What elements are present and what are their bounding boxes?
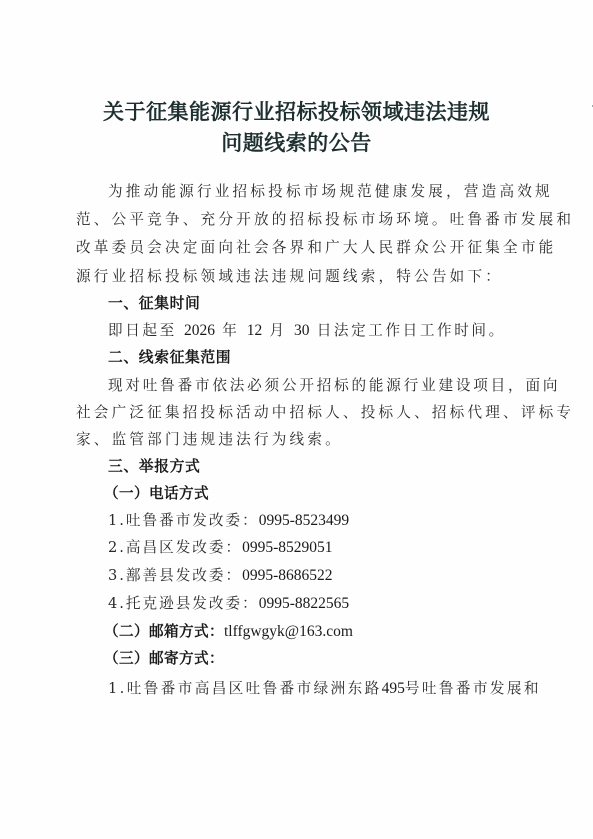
phone-number: 0995-8686522 xyxy=(242,567,332,584)
mail-address-number: 495 xyxy=(382,680,405,697)
phone-label: 2.高昌区发改委： xyxy=(108,539,242,556)
date-suffix: 日法定工作日工作时间。 xyxy=(317,322,506,339)
date-day: 30 xyxy=(294,322,310,339)
intro-paragraph-line-2: 范、公平竞争、充分开放的招标投标市场环境。吐鲁番市发展和 xyxy=(76,210,574,230)
scope-paragraph-line-2: 社会广泛征集招投标活动中招标人、投标人、招标代理、评标专 xyxy=(76,403,574,423)
email-address[interactable]: tlffgwgyk@163.com xyxy=(224,623,353,640)
scope-paragraph-line-3: 家、监管部门违规违法行为线索。 xyxy=(76,430,343,450)
date-month: 12 xyxy=(247,322,263,339)
phone-number: 0995-8523499 xyxy=(259,512,349,529)
phone-item-4: 4.托克逊县发改委：0995-8822565 xyxy=(108,594,349,614)
section-heading-report-methods: 三、举报方式 xyxy=(108,457,200,477)
date-year: 2026 xyxy=(184,322,215,339)
section-heading-scope: 二、线索征集范围 xyxy=(108,348,231,368)
phone-item-1: 1.吐鲁番市发改委：0995-8523499 xyxy=(108,511,349,531)
phone-label: 1.吐鲁番市发改委： xyxy=(108,512,259,529)
phone-item-2: 2.高昌区发改委：0995-8529051 xyxy=(108,538,333,558)
scope-paragraph-line-1: 现对吐鲁番市依法必须公开招标的能源行业建设项目，面向 xyxy=(108,376,560,396)
intro-paragraph-line-4: 源行业招标投标领域违法违规问题线索，特公告如下： xyxy=(76,267,503,287)
document-page: 关于征集能源行业招标投标领域违法违规 问题线索的公告 为推动能源行业招标投标市场… xyxy=(0,0,593,839)
mail-item-1: 1.吐鲁番市高昌区吐鲁番市绿洲东路495号吐鲁番市发展和 xyxy=(108,679,541,699)
phone-number: 0995-8529051 xyxy=(242,539,332,556)
subheading-mail: （三）邮寄方式： xyxy=(104,649,224,669)
phone-item-3: 3.鄯善县发改委：0995-8686522 xyxy=(108,566,333,586)
mail-address-suffix: 号吐鲁番市发展和 xyxy=(405,680,541,697)
date-prefix: 即日起至 xyxy=(108,322,177,339)
phone-label: 3.鄯善县发改委： xyxy=(108,567,242,584)
date-year-unit: 年 xyxy=(222,322,239,339)
phone-label: 4.托克逊县发改委： xyxy=(108,595,259,612)
intro-paragraph-line-3: 改革委员会决定面向社会各界和广大人民群众公开征集全市能 xyxy=(76,238,556,258)
collection-time-text: 即日起至 2026 年 12 月 30 日法定工作日工作时间。 xyxy=(108,321,506,341)
date-month-unit: 月 xyxy=(269,322,286,339)
intro-paragraph-line-1: 为推动能源行业招标投标市场规范健康发展，营造高效规 xyxy=(108,182,553,202)
document-title-line-1: 关于征集能源行业招标投标领域违法违规 xyxy=(0,99,593,125)
mail-address-prefix: 1.吐鲁番市高昌区吐鲁番市绿洲东路 xyxy=(108,680,382,697)
subheading-phone: （一）电话方式 xyxy=(104,484,209,504)
email-label: （二）邮箱方式： xyxy=(104,623,224,640)
section-heading-collection-time: 一、征集时间 xyxy=(108,294,200,314)
phone-number: 0995-8822565 xyxy=(259,595,349,612)
document-title-line-2: 问题线索的公告 xyxy=(0,130,593,156)
subheading-email: （二）邮箱方式：tlffgwgyk@163.com xyxy=(104,622,353,642)
